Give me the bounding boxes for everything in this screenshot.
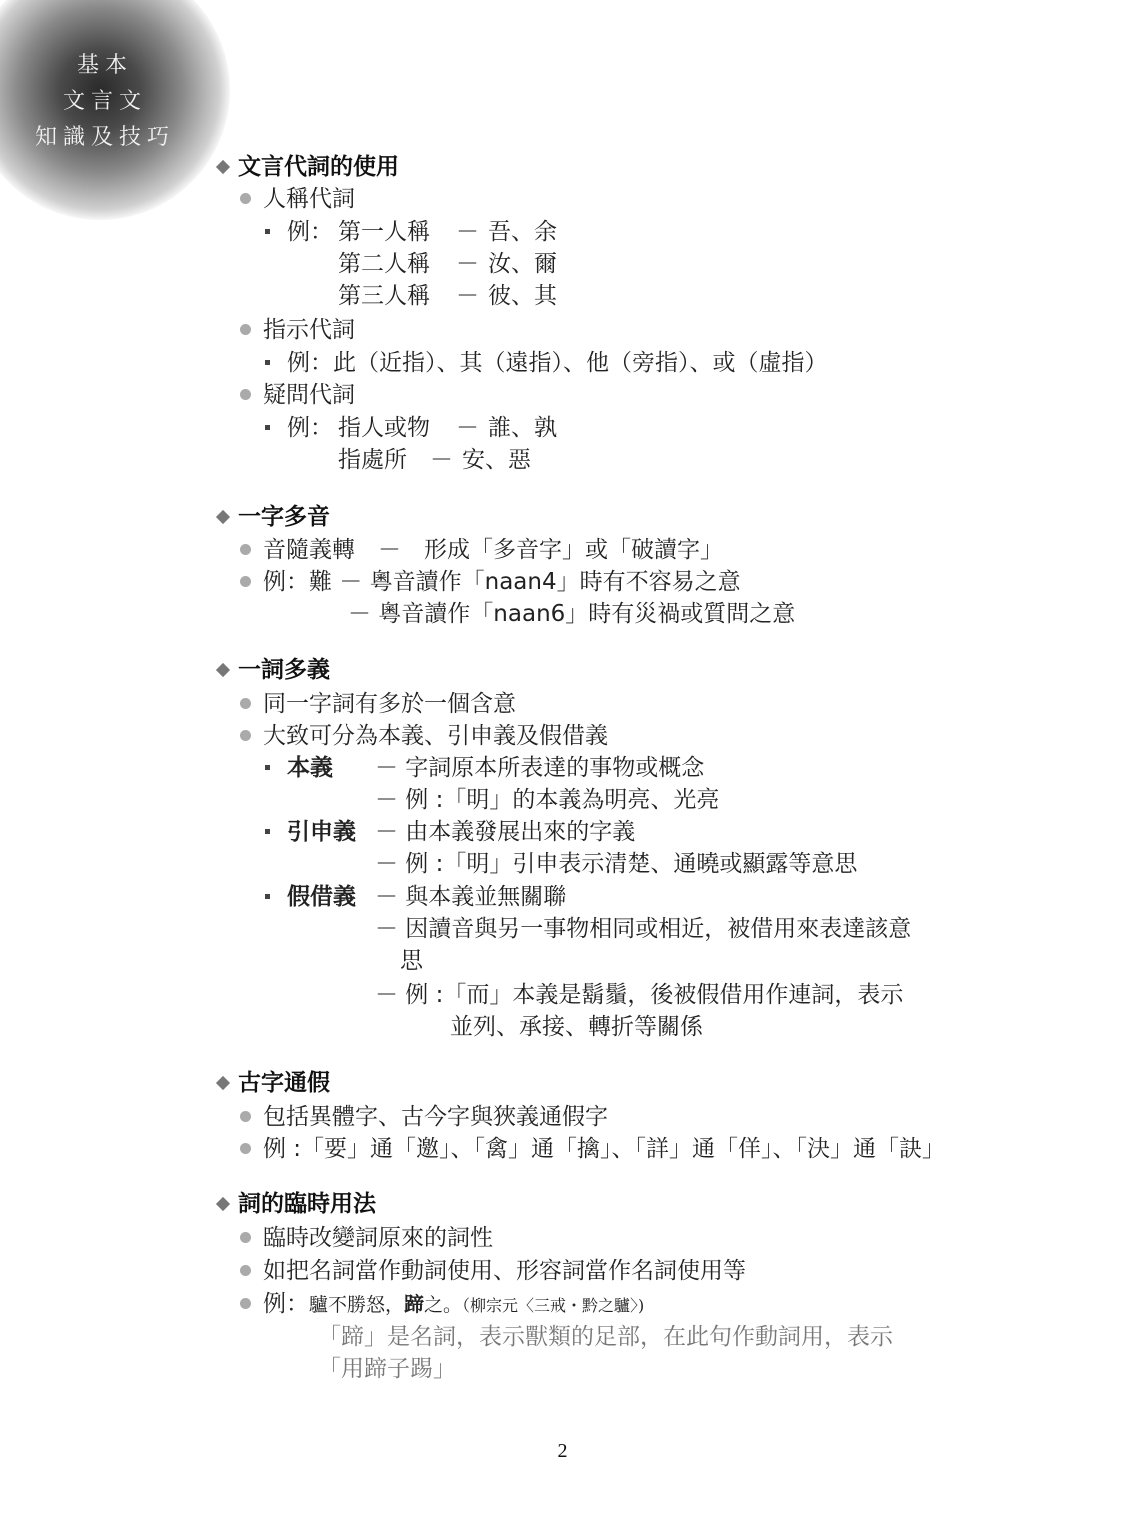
meaning-term: 假借義 xyxy=(287,882,356,912)
dash: － xyxy=(456,413,479,443)
meaning-line: 並列、承接、轉折等關係 xyxy=(450,1012,703,1042)
pronoun-words: 吾、余 xyxy=(488,217,557,247)
dash: － xyxy=(456,281,479,311)
example-quote: 例：驢不勝怒，蹄之。（柳宗元〈三戒・黔之驢〉) xyxy=(263,1289,644,1321)
section-heading: 一字多音 xyxy=(238,502,330,532)
diamond-bullet-icon xyxy=(216,1076,230,1090)
meaning-line: － 因讀音與另一事物相同或相近，被借用來表達該意 xyxy=(375,914,911,944)
meaning-line: － 與本義並無關聯 xyxy=(375,882,566,912)
section-heading: 一詞多義 xyxy=(238,655,330,685)
badge-line: 知識及技巧 xyxy=(0,120,210,156)
pronoun-term: 指人或物 xyxy=(338,413,430,443)
dot-bullet-icon xyxy=(240,1265,251,1276)
list-item: 指示代詞 xyxy=(263,315,355,345)
list-item: 同一字詞有多於一個含意 xyxy=(263,689,516,719)
dash: － xyxy=(456,217,479,247)
pronoun-term: 第二人稱 xyxy=(338,249,430,279)
list-item: 人稱代詞 xyxy=(263,184,355,214)
example-prefix: 例： xyxy=(263,1291,309,1317)
dot-bullet-icon xyxy=(240,1111,251,1122)
square-bullet-icon xyxy=(265,765,270,770)
list-item: 例：難 － 粵音讀作「naan4」時有不容易之意 xyxy=(263,567,741,597)
dot-bullet-icon xyxy=(240,544,251,555)
dot-bullet-icon xyxy=(240,730,251,741)
section-heading: 詞的臨時用法 xyxy=(238,1189,376,1219)
diamond-bullet-icon xyxy=(216,160,230,174)
meaning-line: － 例 :「明」引申表示清楚、通曉或顯露等意思 xyxy=(375,849,857,879)
explanation-line: 「用蹄子踢」 xyxy=(318,1354,456,1384)
square-bullet-icon xyxy=(265,425,270,430)
pronoun-term: 指處所 xyxy=(338,445,407,475)
pronoun-words: 誰、孰 xyxy=(488,413,557,443)
quote-source: （柳宗元〈三戒・黔之驢〉) xyxy=(462,1296,644,1315)
list-item: 大致可分為本義、引申義及假借義 xyxy=(263,721,608,751)
meaning-term: 引申義 xyxy=(287,817,356,847)
quote-text: 驢不勝怒， xyxy=(309,1294,404,1316)
meaning-line: － 由本義發展出來的字義 xyxy=(375,817,635,847)
example-line: 例：此（近指）、其（遠指）、他（旁指）、或（虛指） xyxy=(287,348,828,378)
list-item: 音隨義轉 － 形成「多音字」或「破讀字」 xyxy=(263,535,723,565)
pronoun-words: 安、惡 xyxy=(462,445,531,475)
list-item: 如把名詞當作動詞使用、形容詞當作名詞使用等 xyxy=(263,1256,746,1286)
badge-line: 文言文 xyxy=(0,84,210,120)
example-prefix: 例： xyxy=(287,413,333,443)
pronoun-term: 第三人稱 xyxy=(338,281,430,311)
diamond-bullet-icon xyxy=(216,1197,230,1211)
badge-line: 基本 xyxy=(0,48,210,84)
pronoun-term: 第一人稱 xyxy=(338,217,430,247)
meaning-line: － 例 :「明」的本義為明亮、光亮 xyxy=(375,785,719,815)
meaning-line: 思 xyxy=(400,946,423,976)
dot-bullet-icon xyxy=(240,698,251,709)
dash: － xyxy=(430,445,453,475)
dot-bullet-icon xyxy=(240,576,251,587)
dot-bullet-icon xyxy=(240,1298,251,1309)
quote-emphasis: 蹄 xyxy=(404,1292,424,1316)
list-item: 疑問代詞 xyxy=(263,380,355,410)
section-heading: 古字通假 xyxy=(238,1068,330,1098)
list-item: 臨時改變詞原來的詞性 xyxy=(263,1223,493,1253)
example-prefix: 例： xyxy=(287,217,333,247)
square-bullet-icon xyxy=(265,894,270,899)
meaning-line: － 字詞原本所表達的事物或概念 xyxy=(375,753,704,783)
dot-bullet-icon xyxy=(240,1143,251,1154)
diamond-bullet-icon xyxy=(216,663,230,677)
dot-bullet-icon xyxy=(240,1232,251,1243)
list-item: 例 :「要」通「邀」、「禽」通「擒」、「詳」通「佯」、「決」通「訣」 xyxy=(263,1134,945,1164)
square-bullet-icon xyxy=(265,829,270,834)
square-bullet-icon xyxy=(265,360,270,365)
pronoun-words: 汝、爾 xyxy=(488,249,557,279)
section-heading: 文言代詞的使用 xyxy=(238,152,399,182)
list-item-continuation: － 粵音讀作「naan6」時有災禍或質問之意 xyxy=(348,599,795,629)
dot-bullet-icon xyxy=(240,389,251,400)
page-number: 2 xyxy=(0,1440,1125,1463)
meaning-line: － 例 :「而」本義是鬍鬚，後被假借用作連詞，表示 xyxy=(375,980,903,1010)
dot-bullet-icon xyxy=(240,324,251,335)
pronoun-words: 彼、其 xyxy=(488,281,557,311)
meaning-term: 本義 xyxy=(287,753,333,783)
explanation-line: 「蹄」是名詞，表示獸類的足部，在此句作動詞用，表示 xyxy=(318,1322,893,1352)
dash: － xyxy=(456,249,479,279)
quote-text: 之。 xyxy=(424,1294,462,1316)
square-bullet-icon xyxy=(265,229,270,234)
dot-bullet-icon xyxy=(240,193,251,204)
diamond-bullet-icon xyxy=(216,510,230,524)
list-item: 包括異體字、古今字與狹義通假字 xyxy=(263,1102,608,1132)
badge-title: 基本 文言文 知識及技巧 xyxy=(0,48,210,156)
